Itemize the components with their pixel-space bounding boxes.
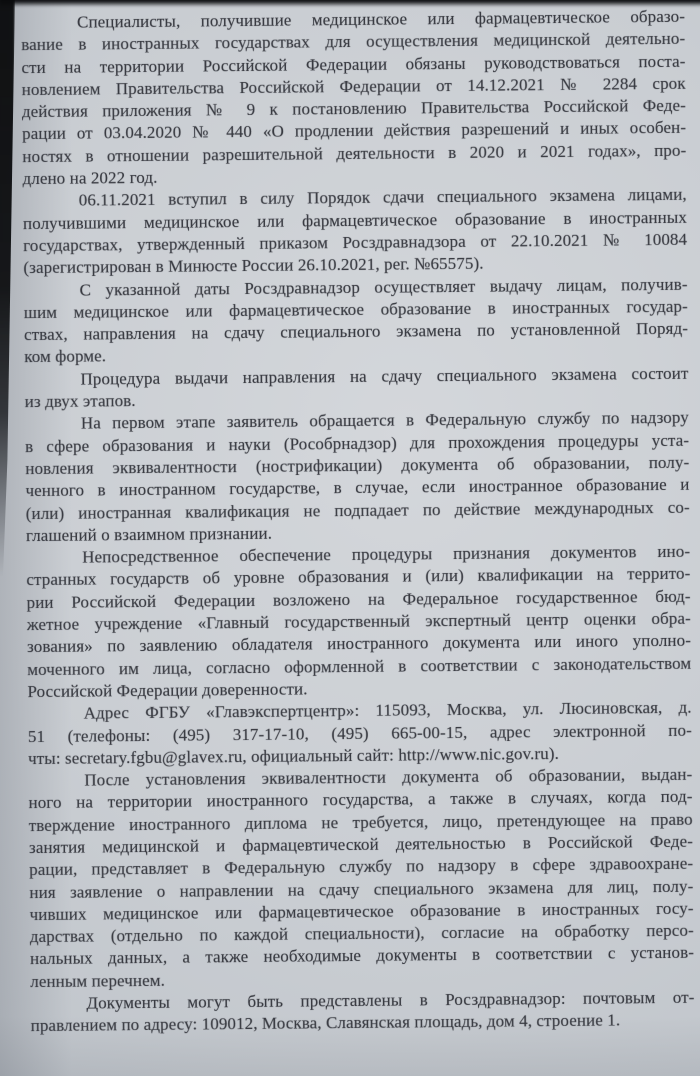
paragraph: 06.11.2021 вступил в силу Порядок сдачи … — [23, 184, 688, 280]
paragraph: Непосредственное обеспечение процедуры п… — [26, 541, 691, 703]
paragraph: После установления эквивалентности докум… — [28, 764, 694, 993]
document-photo: Специалисты, получившие медицинское или … — [0, 0, 700, 1076]
paragraph: Процедура выдачи направления на сдачу сп… — [24, 362, 688, 413]
document-page: Специалисты, получившие медицинское или … — [0, 0, 700, 1076]
photo-edge-top — [0, 0, 700, 7]
paragraph: Документы могут быть представлены в Росз… — [30, 987, 694, 1038]
paragraph: На первом этапе заявитель обращается в Ф… — [25, 407, 690, 547]
paragraph: Адрес ФГБУ «Главэкспертцентр»: 115093, М… — [28, 697, 693, 770]
paragraph: С указанной даты Росздравнадзор осуществ… — [24, 273, 689, 369]
paragraph: Специалисты, получившие медицинское или … — [21, 6, 687, 191]
